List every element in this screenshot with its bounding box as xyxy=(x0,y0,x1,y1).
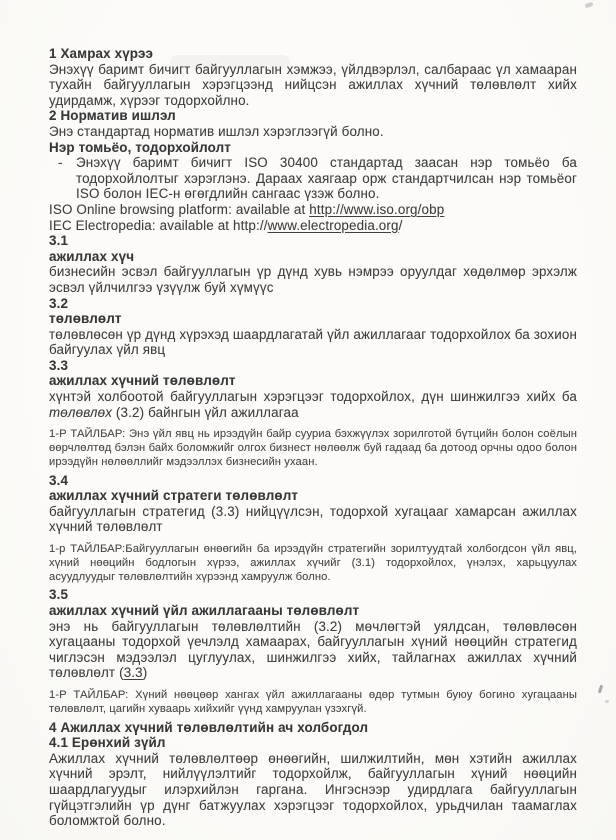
term-3-3-number: 3.3 xyxy=(49,358,577,374)
section-4-1-paragraph: Ажиллах хүчний төлөвлөлтөөр өнөөгийн, ши… xyxy=(49,751,577,829)
term-3-4-title: ажиллах хүчний стратеги төлөвлөлт xyxy=(49,488,577,504)
terms-section-heading: Нэр томьёо, тодорхойлолт xyxy=(49,140,577,156)
iec-line-prefix: IEC Electropedia: available at http:// xyxy=(49,218,268,233)
section-1-paragraph: Энэхүү баримт бичигт байгууллагын хэмжээ… xyxy=(49,62,577,109)
term-3-4-note: 1-р ТАЙЛБАР:Байгууллагын өнөөгийн ба ирэ… xyxy=(49,543,577,584)
term-3-2-number: 3.2 xyxy=(49,296,577,312)
section-1-heading: 1 Хамрах хүрээ xyxy=(49,46,577,62)
terms-bullet-item: - Энэхүү баримт бичигт ISO 30400 стандар… xyxy=(49,155,577,202)
section-4-heading: 4 Ажиллах хүчний төлөвлөлтийн ач холбогд… xyxy=(49,720,577,736)
iso-line-prefix: ISO Online browsing platform: available … xyxy=(49,202,309,217)
term-3-3-definition-italic: төлөвлөх xyxy=(49,405,112,420)
term-3-5-definition-post: ) xyxy=(143,665,148,680)
iec-electropedia-line: IEC Electropedia: available at http://ww… xyxy=(49,218,577,234)
term-3-2-title: төлөвлөлт xyxy=(49,311,577,327)
scanned-document-page: 1 Хамрах хүрээ Энэхүү баримт бичигт байг… xyxy=(0,0,616,840)
term-3-1-title: ажиллах хүч xyxy=(49,249,577,265)
iec-line-suffix: / xyxy=(399,218,403,233)
term-3-3-note: 1-Р ТАЙЛБАР: Энэ үйл явц нь ирээдүйн бай… xyxy=(49,428,577,469)
section-2-heading: 2 Норматив ишлэл xyxy=(49,108,577,124)
iec-electropedia-link[interactable]: www.electropedia.org xyxy=(268,218,399,233)
scan-speck xyxy=(605,700,609,703)
scan-speck xyxy=(598,685,603,694)
term-3-3-definition-post: (3.2) байнгын үйл ажиллагаа xyxy=(112,405,299,420)
term-3-5-definition-ref: 3.3 xyxy=(124,665,143,680)
terms-bullet-text: Энэхүү баримт бичигт ISO 30400 стандарта… xyxy=(76,155,577,201)
term-3-5-title: ажиллах хүчний үйл ажиллагааны төлөвлөлт xyxy=(49,603,577,619)
term-3-1-number: 3.1 xyxy=(49,233,577,249)
term-3-3-definition-pre: хүнтэй холбоотой байгууллагын хэрэгцээг … xyxy=(49,389,577,404)
term-3-3-title: ажиллах хүчний төлөвлөлт xyxy=(49,373,577,389)
term-3-5-definition: энэ нь байгууллагын төлөвлөлтийн (3.2) м… xyxy=(49,619,577,681)
scan-speck xyxy=(585,2,594,8)
iso-browsing-platform-line: ISO Online browsing platform: available … xyxy=(49,202,577,218)
term-3-4-number: 3.4 xyxy=(49,473,577,489)
iso-obp-link[interactable]: http://www.iso.org/obp xyxy=(309,202,444,217)
term-3-5-number: 3.5 xyxy=(49,587,577,603)
section-2-paragraph: Энэ стандартад норматив ишлэл хэрэглээгү… xyxy=(49,124,577,140)
bullet-dash-marker: - xyxy=(58,155,63,171)
term-3-3-definition: хүнтэй холбоотой байгууллагын хэрэгцээг … xyxy=(49,389,577,420)
term-3-4-definition: байгууллагын стратегид (3.3) нийцүүлсэн,… xyxy=(49,504,577,535)
section-4-1-heading: 4.1 Ерөнхий зүйл xyxy=(49,735,577,751)
term-3-1-definition: бизнесийн эсвэл байгууллагын үр дүнд хув… xyxy=(49,264,577,295)
document-content: 1 Хамрах хүрээ Энэхүү баримт бичигт байг… xyxy=(49,46,577,829)
term-3-2-definition: төлөвлөсөн үр дүнд хүрэхэд шаардлагатай … xyxy=(49,327,577,358)
term-3-5-note: 1-Р ТАЙЛБАР: Хүний нөөцөөр хангах үйл аж… xyxy=(49,689,577,717)
